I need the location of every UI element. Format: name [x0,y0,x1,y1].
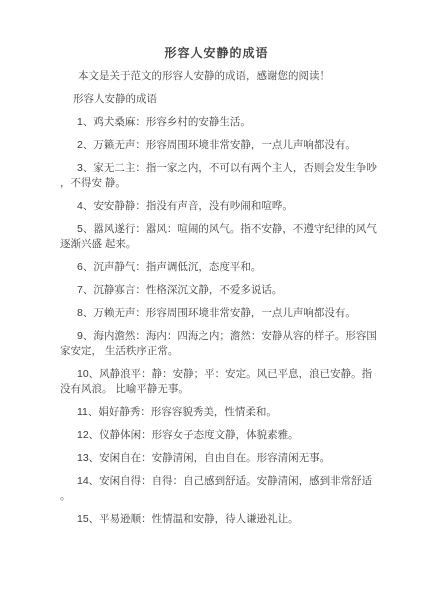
idiom-item-4: 4、安安静静：指没有声音，没有吵闹和喧哗。 [60,199,373,214]
idiom-item-10: 10、风静浪平：静：安静；平：安定。风已平息，浪已安静。指 没有风浪。 比喻平静… [60,367,373,397]
idiom-item-13: 13、安闲自在：安静清闲，自由自在。形容清闲无事。 [60,451,373,466]
idiom-item-12: 12、仪静体闲：形容女子态度文静，体貌素雅。 [60,428,373,443]
document-title: 形容人安静的成语 [60,45,373,61]
idiom-item-9: 9、海内澹然：海内：四海之内；澹然：安静从容的样子。形容国 家安定， 生活秩序正… [60,329,373,359]
idiom-item-11: 11、娟好静秀：形容容貌秀美，性情柔和。 [60,405,373,420]
section-subtitle: 形容人安静的成语 [60,92,373,107]
idiom-item-15: 15、平易逊顺：性情温和安静，待人谦逊礼让。 [60,512,373,527]
idiom-item-1: 1、鸡犬桑麻：形容乡村的安静生活。 [60,115,373,130]
idiom-item-3: 3、家无二主：指一家之内，不可以有两个主人，否则会发生争吵 ，不得安 静。 [60,161,373,191]
idiom-item-7: 7、沉静寡言：性格深沉文静，不爱多说话。 [60,283,373,298]
idiom-item-2: 2、万籁无声：形容周围环境非常安静，一点儿声响都没有。 [60,138,373,153]
idiom-item-6: 6、沉声静气：指声调低沉，态度平和。 [60,260,373,275]
intro-paragraph: 本文是关于范文的形容人安静的成语，感谢您的阅读！ [60,69,373,84]
idiom-item-14: 14、安闲自得：自得：自己感到舒适。安静清闲，感到非常舒适 。 [60,474,373,504]
idiom-item-8: 8、万赖无声：形容周围环境非常安静，一点儿声响都没有。 [60,306,373,321]
idiom-item-5: 5、嚣风遂行：嚣风：喧闹的风气。指不安静，不遵守纪律的风气 逐渐兴盛 起来。 [60,222,373,252]
document-page: 形容人安静的成语 本文是关于范文的形容人安静的成语，感谢您的阅读！ 形容人安静的… [0,0,423,600]
